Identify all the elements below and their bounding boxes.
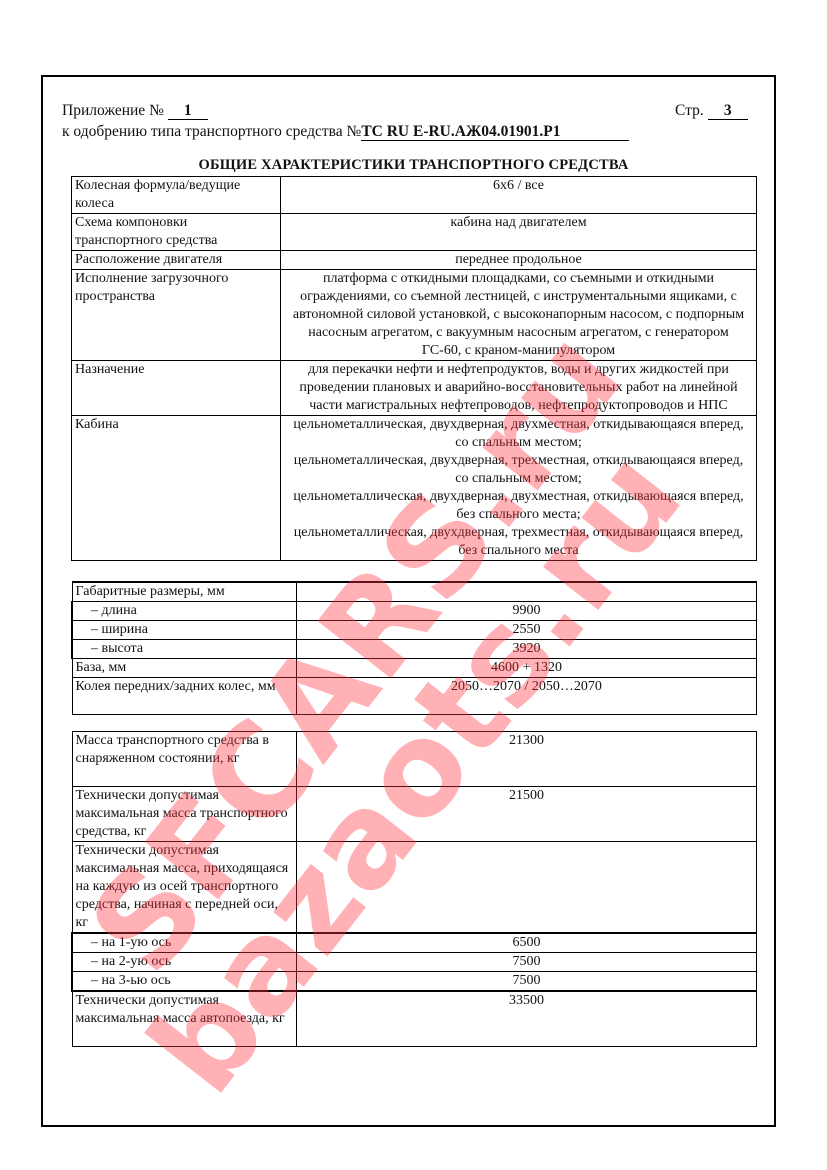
row-label: Технически допустимая максимальная масса… [72,991,297,1047]
table-row: Исполнение загрузочного пространстваплат… [72,270,757,361]
table-row: – ширина2550 [72,621,757,640]
row-value: 7500 [297,972,757,992]
approval-label: к одобрению типа транспортного средства … [62,123,361,140]
approval-number: ТС RU E-RU.АЖ04.01901.Р1 [361,123,629,141]
table-row: Расположение двигателяпереднее продольно… [72,251,757,270]
row-label: Назначение [72,361,281,416]
table-row: – на 2-ую ось7500 [72,953,757,972]
appendix-number: 1 [168,102,208,120]
row-value: 6х6 / все [281,177,757,214]
row-label: Колея передних/задних колес, мм [72,678,297,715]
row-label: – ширина [72,621,297,640]
row-value: цельнометаллическая, двухдверная, двухме… [281,416,757,561]
row-label: Технически допустимая максимальная масса… [72,787,297,842]
page-label: Стр. [675,102,704,119]
row-value: переднее продольное [281,251,757,270]
row-value: 33500 [297,991,757,1047]
row-label: Масса транспортного средства в снаряженн… [72,732,297,787]
table-row: База, мм4600 + 1320 [72,659,757,678]
table-row: Колея передних/задних колес, мм2050…2070… [72,678,757,715]
row-value: 6500 [297,933,757,953]
row-label: Кабина [72,416,281,561]
table-row: Схема компоновки транспортного средствак… [72,214,757,251]
table-row: – длина9900 [72,602,757,621]
general-characteristics-table: Колесная формула/ведущие колеса6х6 / все… [71,176,757,561]
row-value: 7500 [297,953,757,972]
page-title: ОБЩИЕ ХАРАКТЕРИСТИКИ ТРАНСПОРТНОГО СРЕДС… [71,157,756,174]
table-row: Габаритные размеры, мм [72,582,757,602]
row-value: 21500 [297,787,757,842]
row-value: платформа с откидными площадками, со съе… [281,270,757,361]
row-value: для перекачки нефти и нефтепродуктов, во… [281,361,757,416]
row-label: – на 3-ью ось [72,972,297,992]
row-label: Исполнение загрузочного пространства [72,270,281,361]
appendix-label: Приложение № [62,102,164,119]
row-label: Колесная формула/ведущие колеса [72,177,281,214]
dimensions-table: Габаритные размеры, мм – длина9900 – шир… [71,581,757,715]
row-label: Схема компоновки транспортного средства [72,214,281,251]
row-label: Технически допустимая максимальная масса… [72,842,297,934]
row-label: – на 2-ую ось [72,953,297,972]
row-value: кабина над двигателем [281,214,757,251]
page-number-line: Стр.3 [675,102,748,120]
row-value: 2050…2070 / 2050…2070 [297,678,757,715]
row-label: – высота [72,640,297,659]
row-value: 3920 [297,640,757,659]
cabin-variant: цельнометаллическая, двухдверная, трехме… [289,524,748,560]
row-label: База, мм [72,659,297,678]
row-label: – длина [72,602,297,621]
table-row: Технически допустимая максимальная масса… [72,842,757,934]
approval-line: к одобрению типа транспортного средства … [62,123,629,141]
row-label: Габаритные размеры, мм [72,582,297,602]
row-value: 9900 [297,602,757,621]
row-label: Расположение двигателя [72,251,281,270]
row-label: – на 1-ую ось [72,933,297,953]
row-value: 4600 + 1320 [297,659,757,678]
page-number: 3 [708,102,748,120]
table-row: Масса транспортного средства в снаряженн… [72,732,757,787]
row-value: 21300 [297,732,757,787]
table-row: – высота3920 [72,640,757,659]
row-value [297,842,757,934]
table-row: Колесная формула/ведущие колеса6х6 / все [72,177,757,214]
table-row: Кабина цельнометаллическая, двухдверная,… [72,416,757,561]
cabin-variant: цельнометаллическая, двухдверная, трехме… [289,452,748,488]
mass-table: Масса транспортного средства в снаряженн… [71,731,757,1047]
row-value [297,582,757,602]
table-row: – на 3-ью ось7500 [72,972,757,992]
table-row: Технически допустимая максимальная масса… [72,991,757,1047]
table-row: Назначениедля перекачки нефти и нефтепро… [72,361,757,416]
row-value: 2550 [297,621,757,640]
cabin-variant: цельнометаллическая, двухдверная, двухме… [289,416,748,452]
appendix-line: Приложение № 1 [62,102,208,120]
cabin-variant: цельнометаллическая, двухдверная, двухме… [289,488,748,524]
table-row: – на 1-ую ось6500 [72,933,757,953]
table-row: Технически допустимая максимальная масса… [72,787,757,842]
